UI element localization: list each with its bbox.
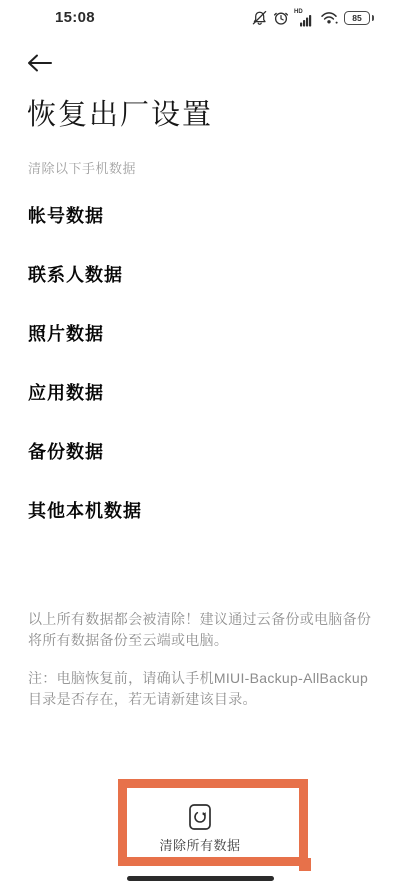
pc-restore-note: 注：电脑恢复前，请确认手机MIUI-Backup-AllBackup目录是否存在…: [28, 668, 376, 710]
hd-badge: HD: [294, 9, 303, 15]
wifi-icon: [320, 10, 339, 26]
battery-level: 85: [352, 14, 361, 23]
warning-text: 以上所有数据都会被清除！建议通过云备份或电脑备份将所有数据备份至云端或电脑。: [28, 609, 376, 651]
mute-icon: [251, 10, 268, 26]
back-arrow-icon: [25, 52, 53, 77]
battery-icon: 85: [344, 11, 374, 25]
status-time: 15:08: [55, 9, 95, 26]
list-item-backup-data: 备份数据: [28, 421, 372, 480]
alarm-icon: [273, 10, 289, 26]
list-item-account-data: 帐号数据: [28, 185, 372, 244]
reset-icon: [189, 804, 211, 830]
footer-notes: 以上所有数据都会被清除！建议通过云备份或电脑备份将所有数据备份至云端或电脑。 注…: [28, 609, 376, 710]
list-item-contacts-data: 联系人数据: [28, 244, 372, 303]
battery-body: 85: [344, 11, 370, 25]
page-title: 恢复出厂设置: [27, 92, 213, 133]
clear-all-data-label: 清除所有数据: [159, 835, 240, 854]
list-item-app-data: 应用数据: [28, 362, 372, 421]
page-subtitle: 清除以下手机数据: [28, 158, 136, 177]
status-icons: HD 85: [251, 8, 374, 28]
annotation-tail: [299, 858, 311, 871]
battery-nub: [372, 15, 375, 21]
status-bar: 15:08 HD: [0, 0, 400, 36]
data-category-list: 帐号数据 联系人数据 照片数据 应用数据 备份数据 其他本机数据: [28, 185, 372, 539]
home-indicator[interactable]: [127, 876, 274, 881]
factory-reset-screen: 15:08 HD: [0, 0, 400, 888]
back-button[interactable]: [25, 50, 57, 78]
list-item-other-local-data: 其他本机数据: [28, 480, 372, 539]
list-item-photos-data: 照片数据: [28, 303, 372, 362]
signal-strength-icon: HD: [294, 10, 315, 27]
clear-all-data-button[interactable]: 清除所有数据: [0, 804, 400, 854]
